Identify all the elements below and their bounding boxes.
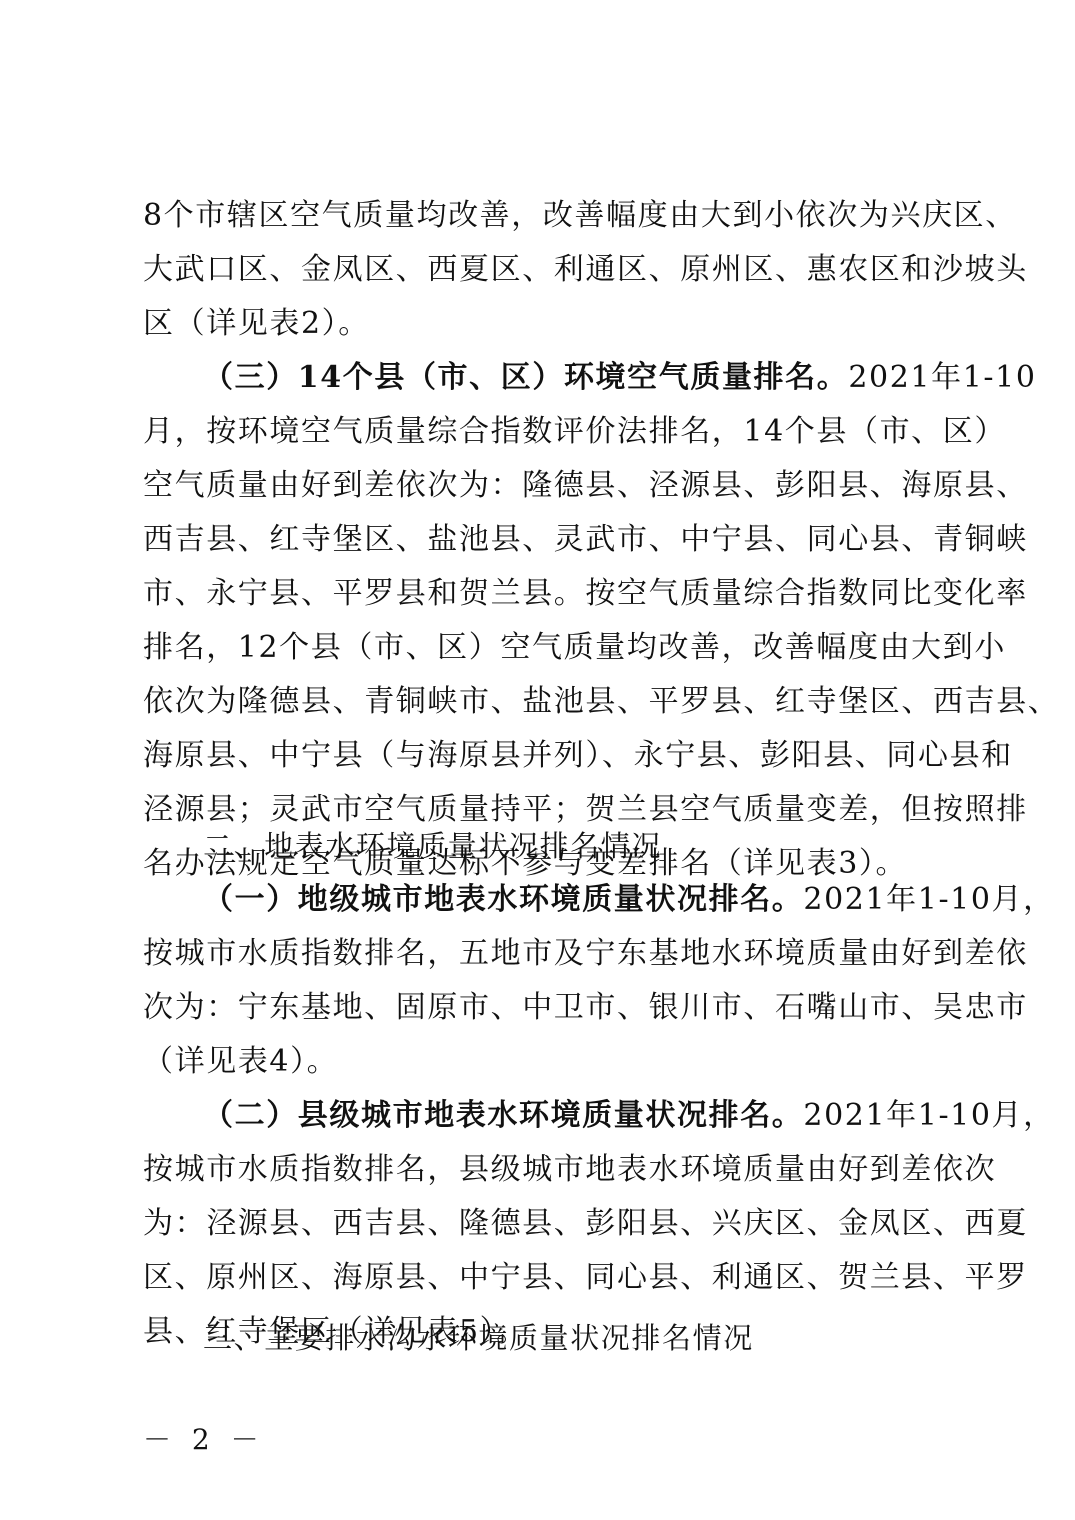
text-line: 8个市辖区空气质量均改善，改善幅度由大到小依次为兴庆区、 bbox=[143, 196, 943, 236]
paragraph-lead-line: （三）14个县（市、区）环境空气质量排名。2021年1-10 bbox=[203, 358, 943, 398]
text-line: 次为：宁东基地、固原市、中卫市、银川市、石嘴山市、吴忠市 bbox=[143, 988, 943, 1028]
bold-section-title: （二）县级城市地表水环境质量状况排名。 bbox=[203, 1098, 803, 1133]
text-line: 空气质量由好到差依次为：隆德县、泾源县、彭阳县、海原县、 bbox=[143, 466, 943, 506]
text-line: 海原县、中宁县（与海原县并列）、永宁县、彭阳县、同心县和 bbox=[143, 736, 943, 776]
text-line: （详见表4）。 bbox=[143, 1042, 943, 1082]
text-line: 大武口区、金凤区、西夏区、利通区、原州区、惠农区和沙坡头 bbox=[143, 250, 943, 290]
page-number: － 2 － bbox=[143, 1420, 265, 1460]
bold-section-title: （三）14个县（市、区）环境空气质量排名。 bbox=[203, 360, 848, 395]
text-line: 为：泾源县、西吉县、隆德县、彭阳县、兴庆区、金凤区、西夏 bbox=[143, 1204, 943, 1244]
text-line: 市、永宁县、平罗县和贺兰县。按空气质量综合指数同比变化率 bbox=[143, 574, 943, 614]
text-line: 泾源县；灵武市空气质量持平；贺兰县空气质量变差，但按照排 bbox=[143, 790, 943, 830]
text-line: 排名，12个县（市、区）空气质量均改善，改善幅度由大到小 bbox=[143, 628, 943, 668]
text-line: 按城市水质指数排名，县级城市地表水环境质量由好到差依次 bbox=[143, 1150, 943, 1190]
section-heading: 二、地表水环境质量状况排名情况 bbox=[203, 826, 943, 866]
text-line: 区（详见表2）。 bbox=[143, 304, 943, 344]
text-fragment: 2021年1-10月， bbox=[803, 1098, 1054, 1133]
text-line: 依次为隆德县、青铜峡市、盐池县、平罗县、红寺堡区、西吉县、 bbox=[143, 682, 943, 722]
paragraph-lead-line: （二）县级城市地表水环境质量状况排名。2021年1-10月， bbox=[203, 1096, 943, 1136]
text-fragment: 2021年1-10月， bbox=[803, 882, 1054, 917]
text-line: 月，按环境空气质量综合指数评价法排名，14个县（市、区） bbox=[143, 412, 943, 452]
text-line: 区、原州区、海原县、中宁县、同心县、利通区、贺兰县、平罗 bbox=[143, 1258, 943, 1298]
document-page: 8个市辖区空气质量均改善，改善幅度由大到小依次为兴庆区、 大武口区、金凤区、西夏… bbox=[0, 0, 1075, 1520]
section-heading: 三、主要排水沟水环境质量状况排名情况 bbox=[203, 1318, 943, 1358]
text-fragment: 2021年1-10 bbox=[848, 360, 1036, 395]
text-line: 西吉县、红寺堡区、盐池县、灵武市、中宁县、同心县、青铜峡 bbox=[143, 520, 943, 560]
paragraph-lead-line: （一）地级城市地表水环境质量状况排名。2021年1-10月， bbox=[203, 880, 943, 920]
text-line: 按城市水质指数排名，五地市及宁东基地水环境质量由好到差依 bbox=[143, 934, 943, 974]
bold-section-title: （一）地级城市地表水环境质量状况排名。 bbox=[203, 882, 803, 917]
